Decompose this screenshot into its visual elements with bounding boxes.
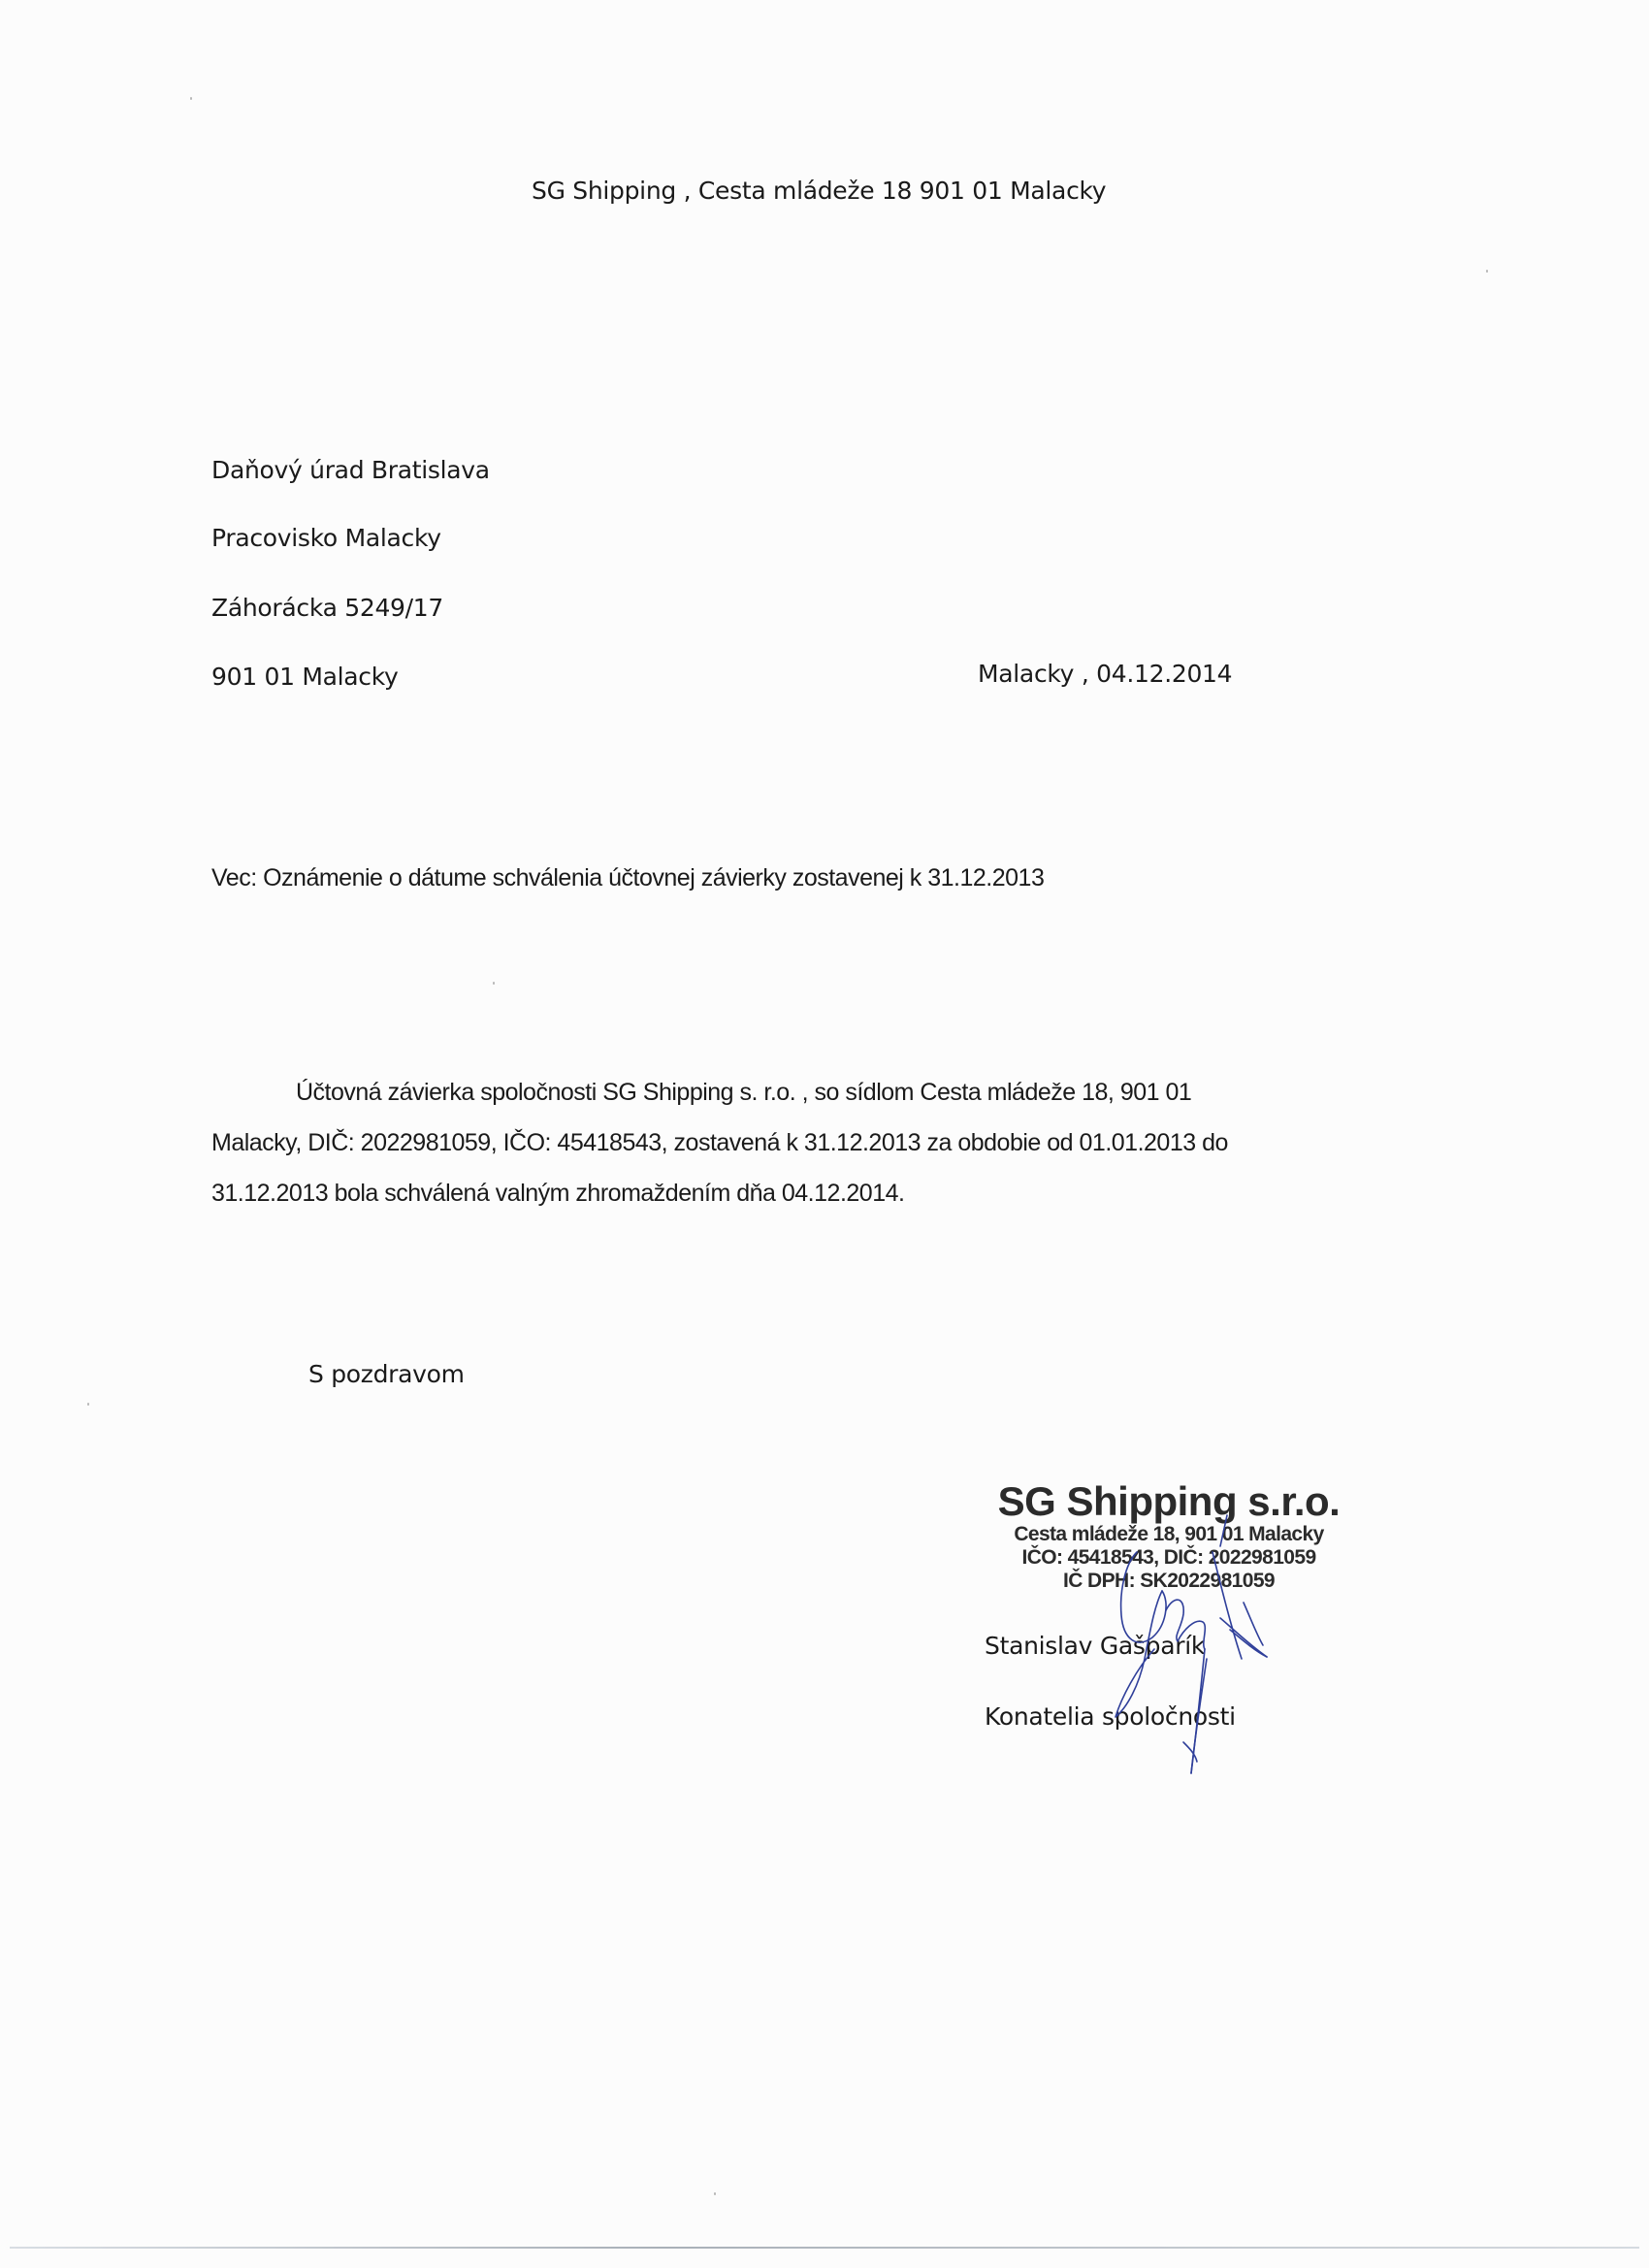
stamp-company-name: SG Shipping s.r.o.: [975, 1480, 1363, 1523]
closing-salutation: S pozdravom: [308, 1360, 465, 1389]
stamp-address: Cesta mládeže 18, 901 01 Malacky: [975, 1523, 1363, 1546]
scan-speck: [190, 97, 192, 100]
scan-speck: [714, 2192, 716, 2195]
place-and-date: Malacky , 04.12.2014: [978, 660, 1232, 689]
recipient-line: Pracovisko Malacky: [211, 524, 441, 553]
body-paragraph: Účtovná závierka spoločnosti SG Shipping…: [211, 1067, 1414, 1218]
body-line: 31.12.2013 bola schválená valným zhromaž…: [211, 1168, 1414, 1218]
stamp-vat-id: IČ DPH: SK2022981059: [975, 1570, 1363, 1593]
signer-name: Stanislav Gašparík: [985, 1632, 1205, 1661]
body-line: Účtovná závierka spoločnosti SG Shipping…: [211, 1067, 1414, 1118]
scan-speck: [493, 982, 495, 985]
scan-edge-line: [10, 2247, 1639, 2249]
recipient-line: Záhorácka 5249/17: [211, 594, 443, 623]
recipient-line: 901 01 Malacky: [211, 663, 399, 692]
scan-speck: [87, 1403, 89, 1406]
subject-line: Vec: Oznámenie o dátume schválenia účtov…: [211, 863, 1044, 892]
signer-role: Konatelia spoločnosti: [985, 1702, 1236, 1732]
body-line: Malacky, DIČ: 2022981059, IČO: 45418543,…: [211, 1118, 1414, 1168]
company-stamp: SG Shipping s.r.o. Cesta mládeže 18, 901…: [975, 1480, 1363, 1593]
recipient-line: Daňový úrad Bratislava: [211, 456, 490, 485]
letterhead-sender: SG Shipping , Cesta mládeže 18 901 01 Ma…: [532, 177, 1106, 206]
scanned-letter-page: SG Shipping , Cesta mládeže 18 901 01 Ma…: [0, 0, 1649, 2268]
scan-speck: [1486, 270, 1488, 273]
stamp-ids: IČO: 45418543, DIČ: 2022981059: [975, 1546, 1363, 1570]
